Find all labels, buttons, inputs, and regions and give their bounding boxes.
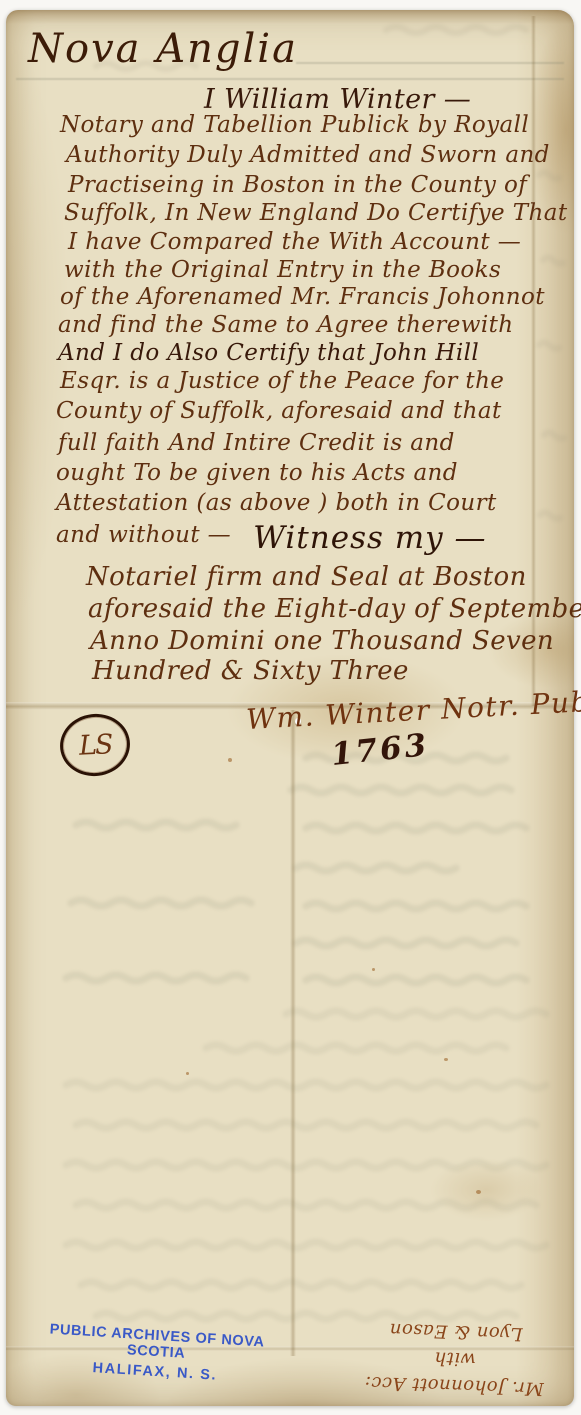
archive-stamp: PUBLIC ARCHIVES OF NOVA SCOTIA HALIFAX, … <box>21 1320 292 1388</box>
document-line: and without —Witness my — <box>56 520 487 556</box>
document-line: Suffolk, In New England Do Certifye That <box>64 200 567 226</box>
foxing-spot <box>228 758 232 762</box>
document-line: County of Suffolk, aforesaid and that <box>56 398 502 424</box>
document-line: Practiseing in Boston in the County of <box>68 172 527 198</box>
document-line: And I do Also Certify that John Hill <box>58 340 479 366</box>
signature-year: 1763 <box>329 727 431 773</box>
document-line: Anno Domini one Thousand Seven <box>90 626 554 656</box>
foxing-spot <box>444 1058 448 1061</box>
document-line: and find the Same to Agree therewith <box>58 312 514 338</box>
document-line: Esqr. is a Justice of the Peace for the <box>60 368 504 394</box>
notarial-seal: LS <box>56 710 133 780</box>
document-line: Authority Duly Admitted and Sworn and <box>66 142 550 168</box>
docket-note: Mr. Johonnott Acc: with Lyon & Eason <box>349 1314 562 1402</box>
fold-crease-vertical <box>290 710 296 1356</box>
witness-phrase: Witness my — <box>253 520 486 556</box>
document-line: of the Aforenamed Mr. Francis Johonnot <box>60 284 545 310</box>
foxing-spot <box>372 968 375 971</box>
paper: Nova Anglia I William Winter — Notary an… <box>6 10 574 1406</box>
document-line: Attestation (as above ) both in Court <box>56 490 497 516</box>
document-line: ought To be given to his Acts and <box>56 460 458 486</box>
document-line: I William Winter — <box>204 84 471 115</box>
foxing-spot <box>186 1072 189 1075</box>
bleed-rule <box>296 62 564 64</box>
docket-line1: Mr. Johonnott Acc: with <box>349 1341 561 1402</box>
foxing-spot <box>476 1190 481 1194</box>
document-line: full faith And Intire Credit is and <box>58 430 455 456</box>
scanned-document: Nova Anglia I William Winter — Notary an… <box>0 0 581 1415</box>
document-line: Notary and Tabellion Publick by Royall <box>60 112 529 138</box>
page-title: Nova Anglia <box>28 26 298 72</box>
document-line: Notariel firm and Seal at Boston <box>86 562 527 592</box>
document-line: Hundred & Sixty Three <box>92 656 409 686</box>
document-line: aforesaid the Eight-day of September <box>88 594 581 624</box>
seal-initials: LS <box>78 729 112 762</box>
bleed-rule <box>16 78 564 80</box>
document-line-text: and without — <box>56 522 231 548</box>
document-line: with the Original Entry in the Books <box>64 257 501 283</box>
document-line: I have Compared the With Account — <box>68 229 521 255</box>
